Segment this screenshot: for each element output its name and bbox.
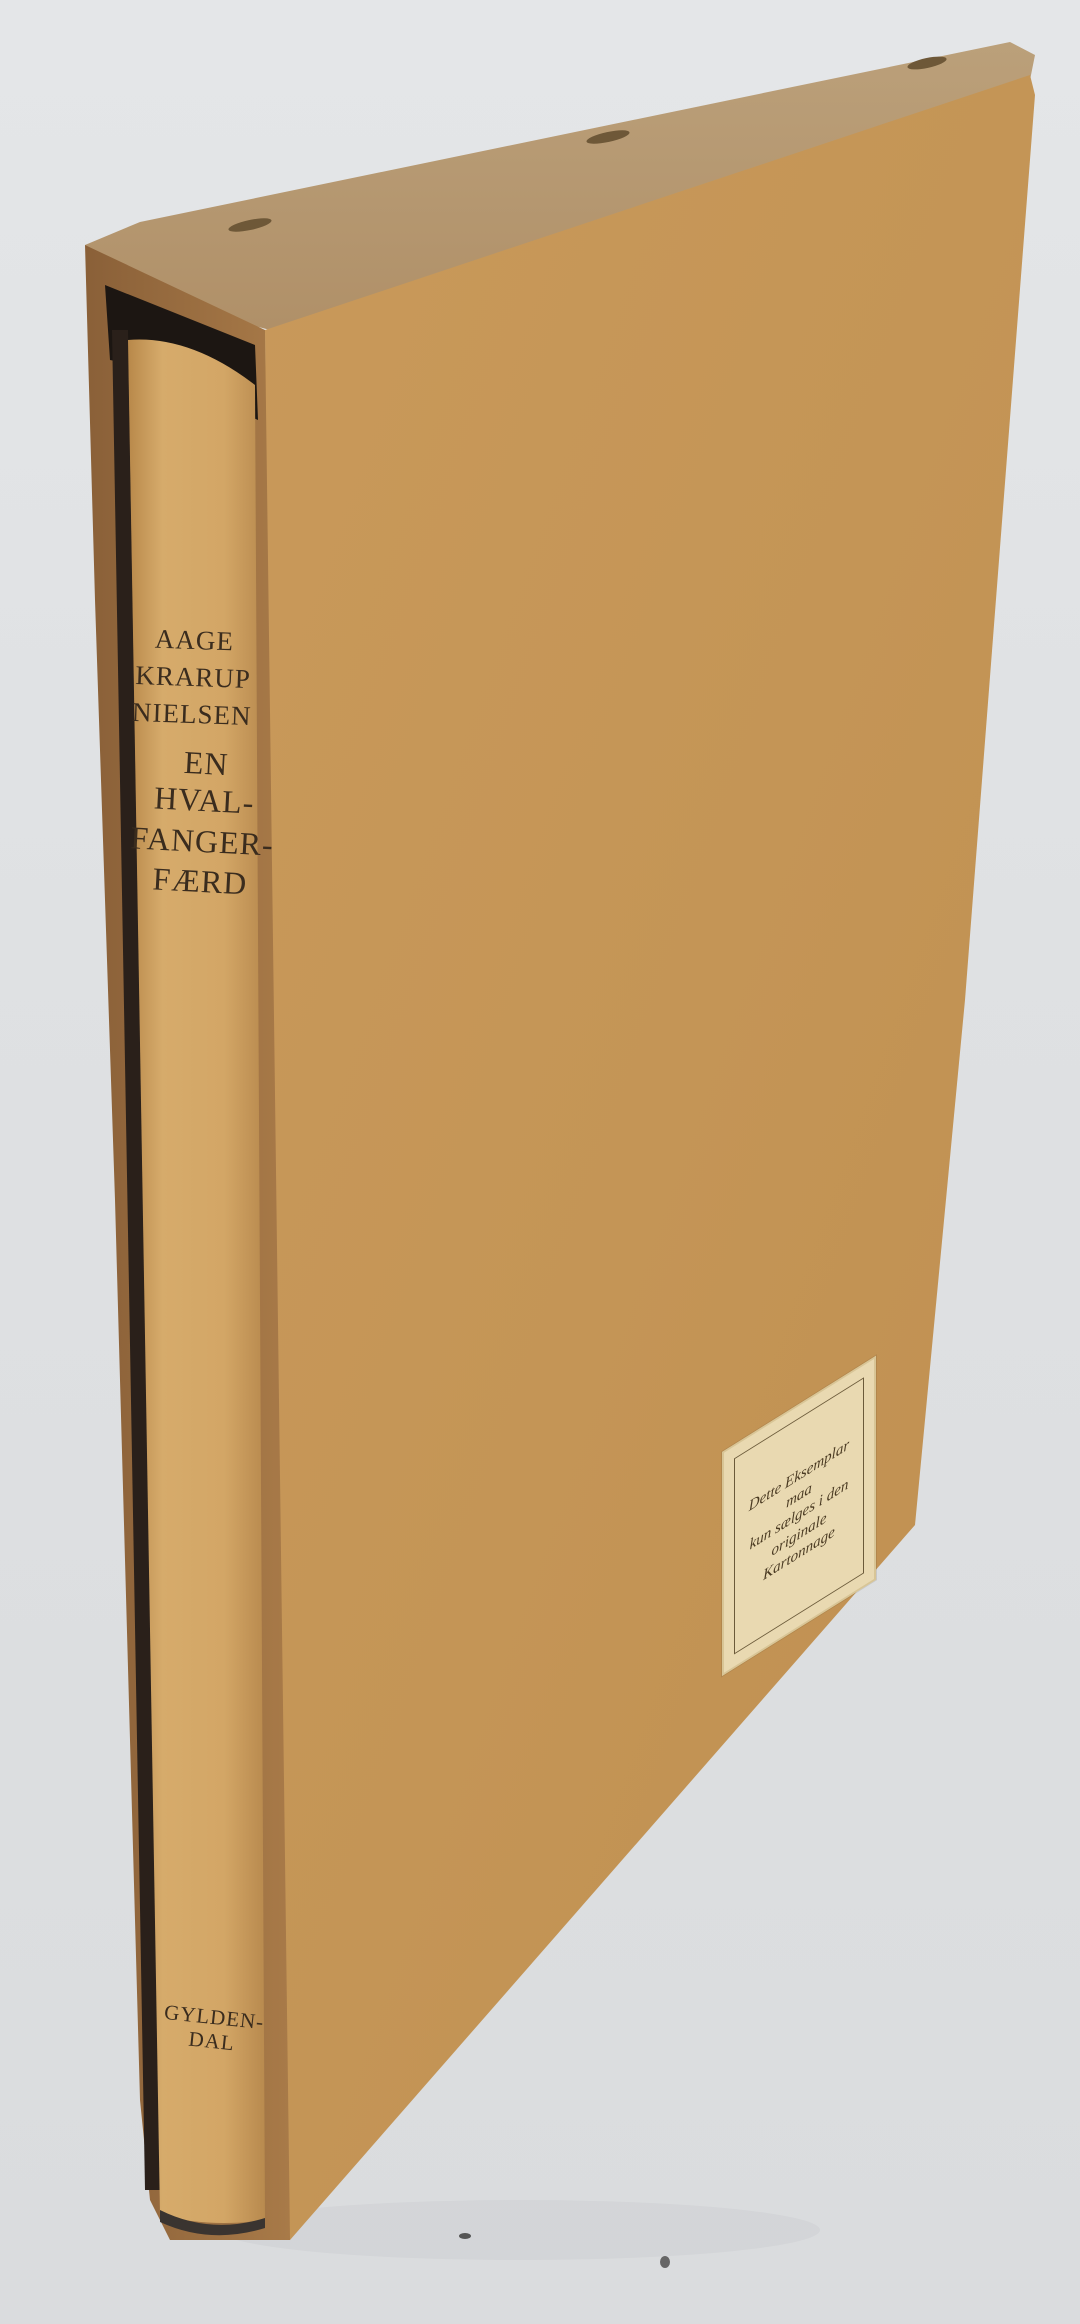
spine-title-line: FÆRD xyxy=(124,859,276,904)
spine-title-line: EN HVAL- xyxy=(128,741,282,822)
photo-scene: AAGE KRARUP NIELSEN EN HVAL- FANGER- FÆR… xyxy=(0,0,1080,2324)
spine-author-line: NIELSEN xyxy=(116,696,267,732)
book-slipcase-illustration xyxy=(0,0,1080,2324)
spine-author-line: KRARUP xyxy=(118,659,269,695)
spine-author-line: AAGE xyxy=(119,622,270,658)
spine-title: EN HVAL- FANGER- FÆRD xyxy=(124,741,282,908)
slipcase-front-board xyxy=(265,75,1035,2240)
spine-author: AAGE KRARUP NIELSEN xyxy=(116,622,270,738)
spine-title-line: FANGER- xyxy=(126,819,278,864)
